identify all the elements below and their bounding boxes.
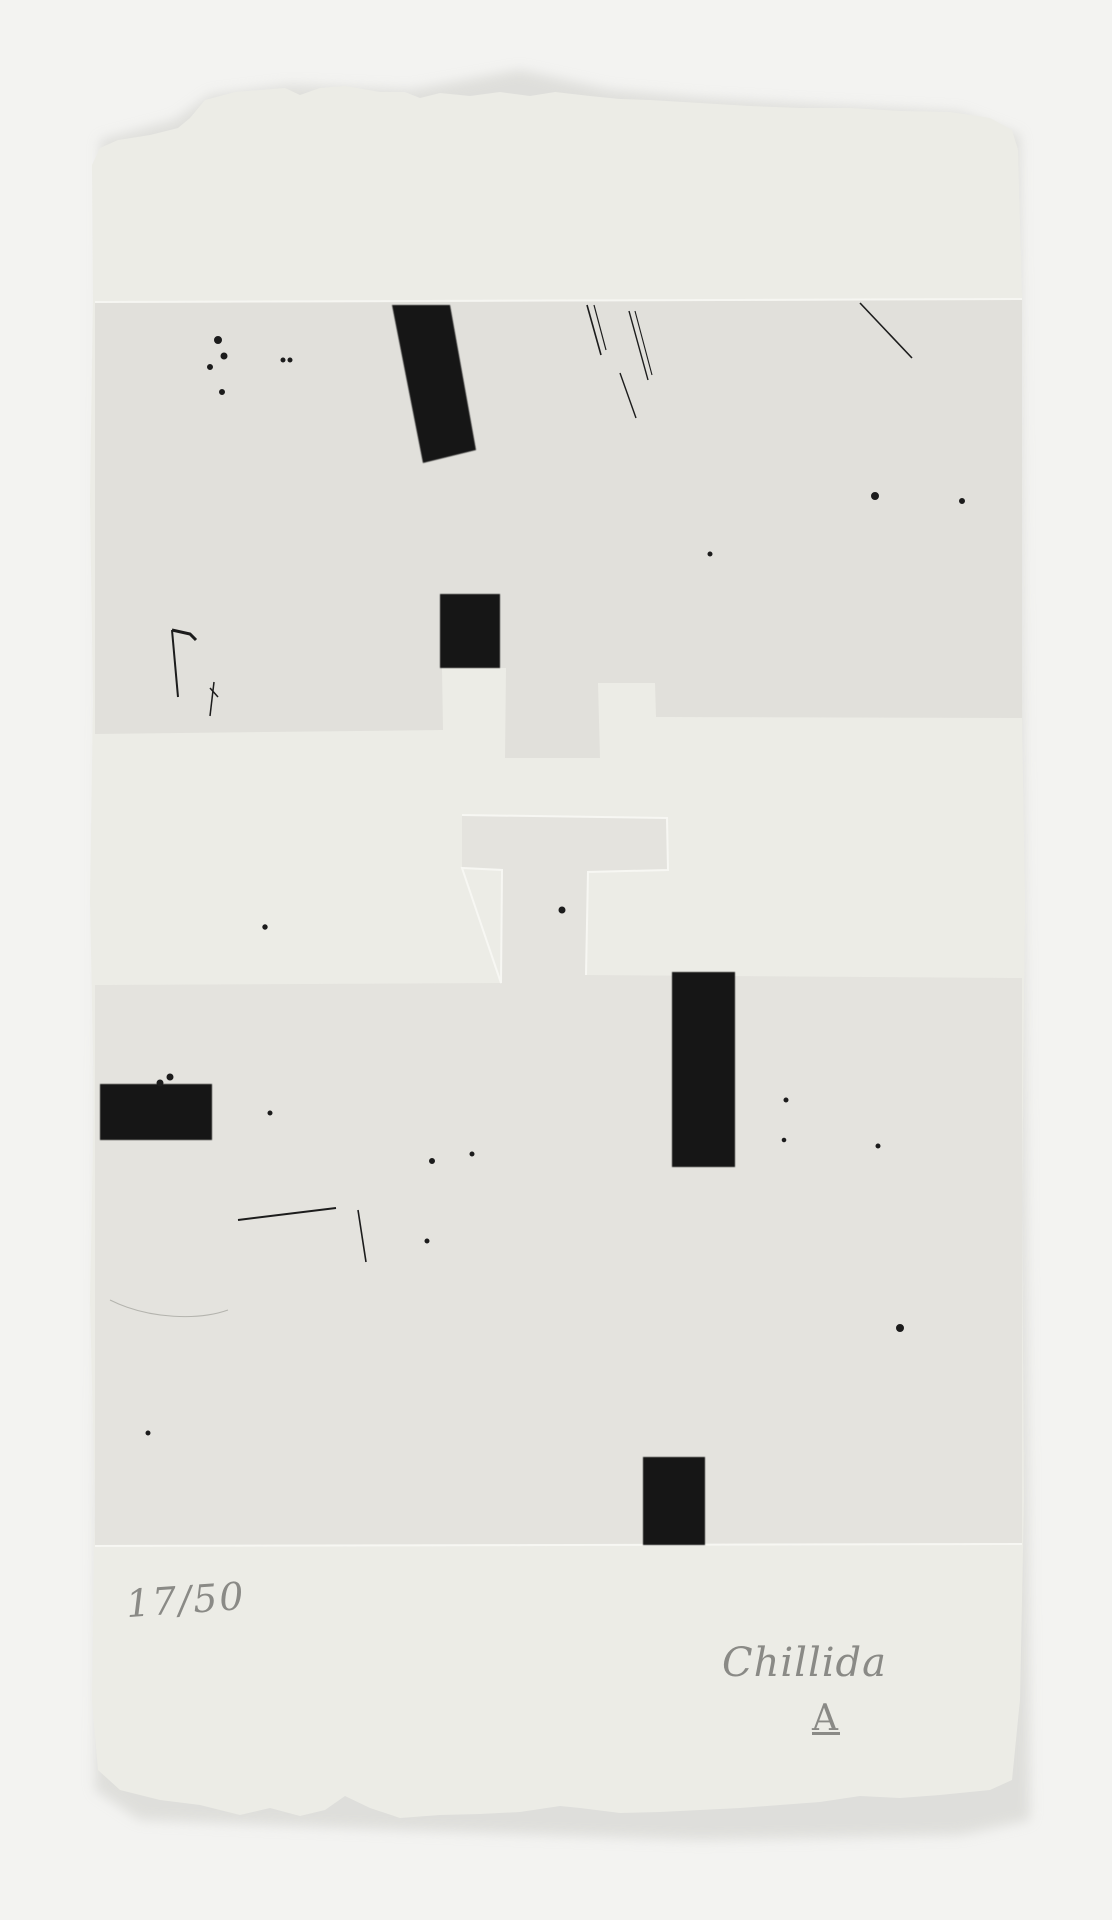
edition-number: 17/50 <box>125 1574 247 1626</box>
artwork-photo <box>0 0 1112 1920</box>
black-bar-5 <box>643 1457 705 1545</box>
artist-signature: Chillida <box>722 1640 887 1686</box>
artist-monogram: A <box>812 1698 840 1739</box>
black-bar-4 <box>672 972 735 1167</box>
black-bar-3 <box>100 1084 212 1140</box>
upper-plate <box>95 300 1022 758</box>
black-bar-2 <box>440 594 500 668</box>
